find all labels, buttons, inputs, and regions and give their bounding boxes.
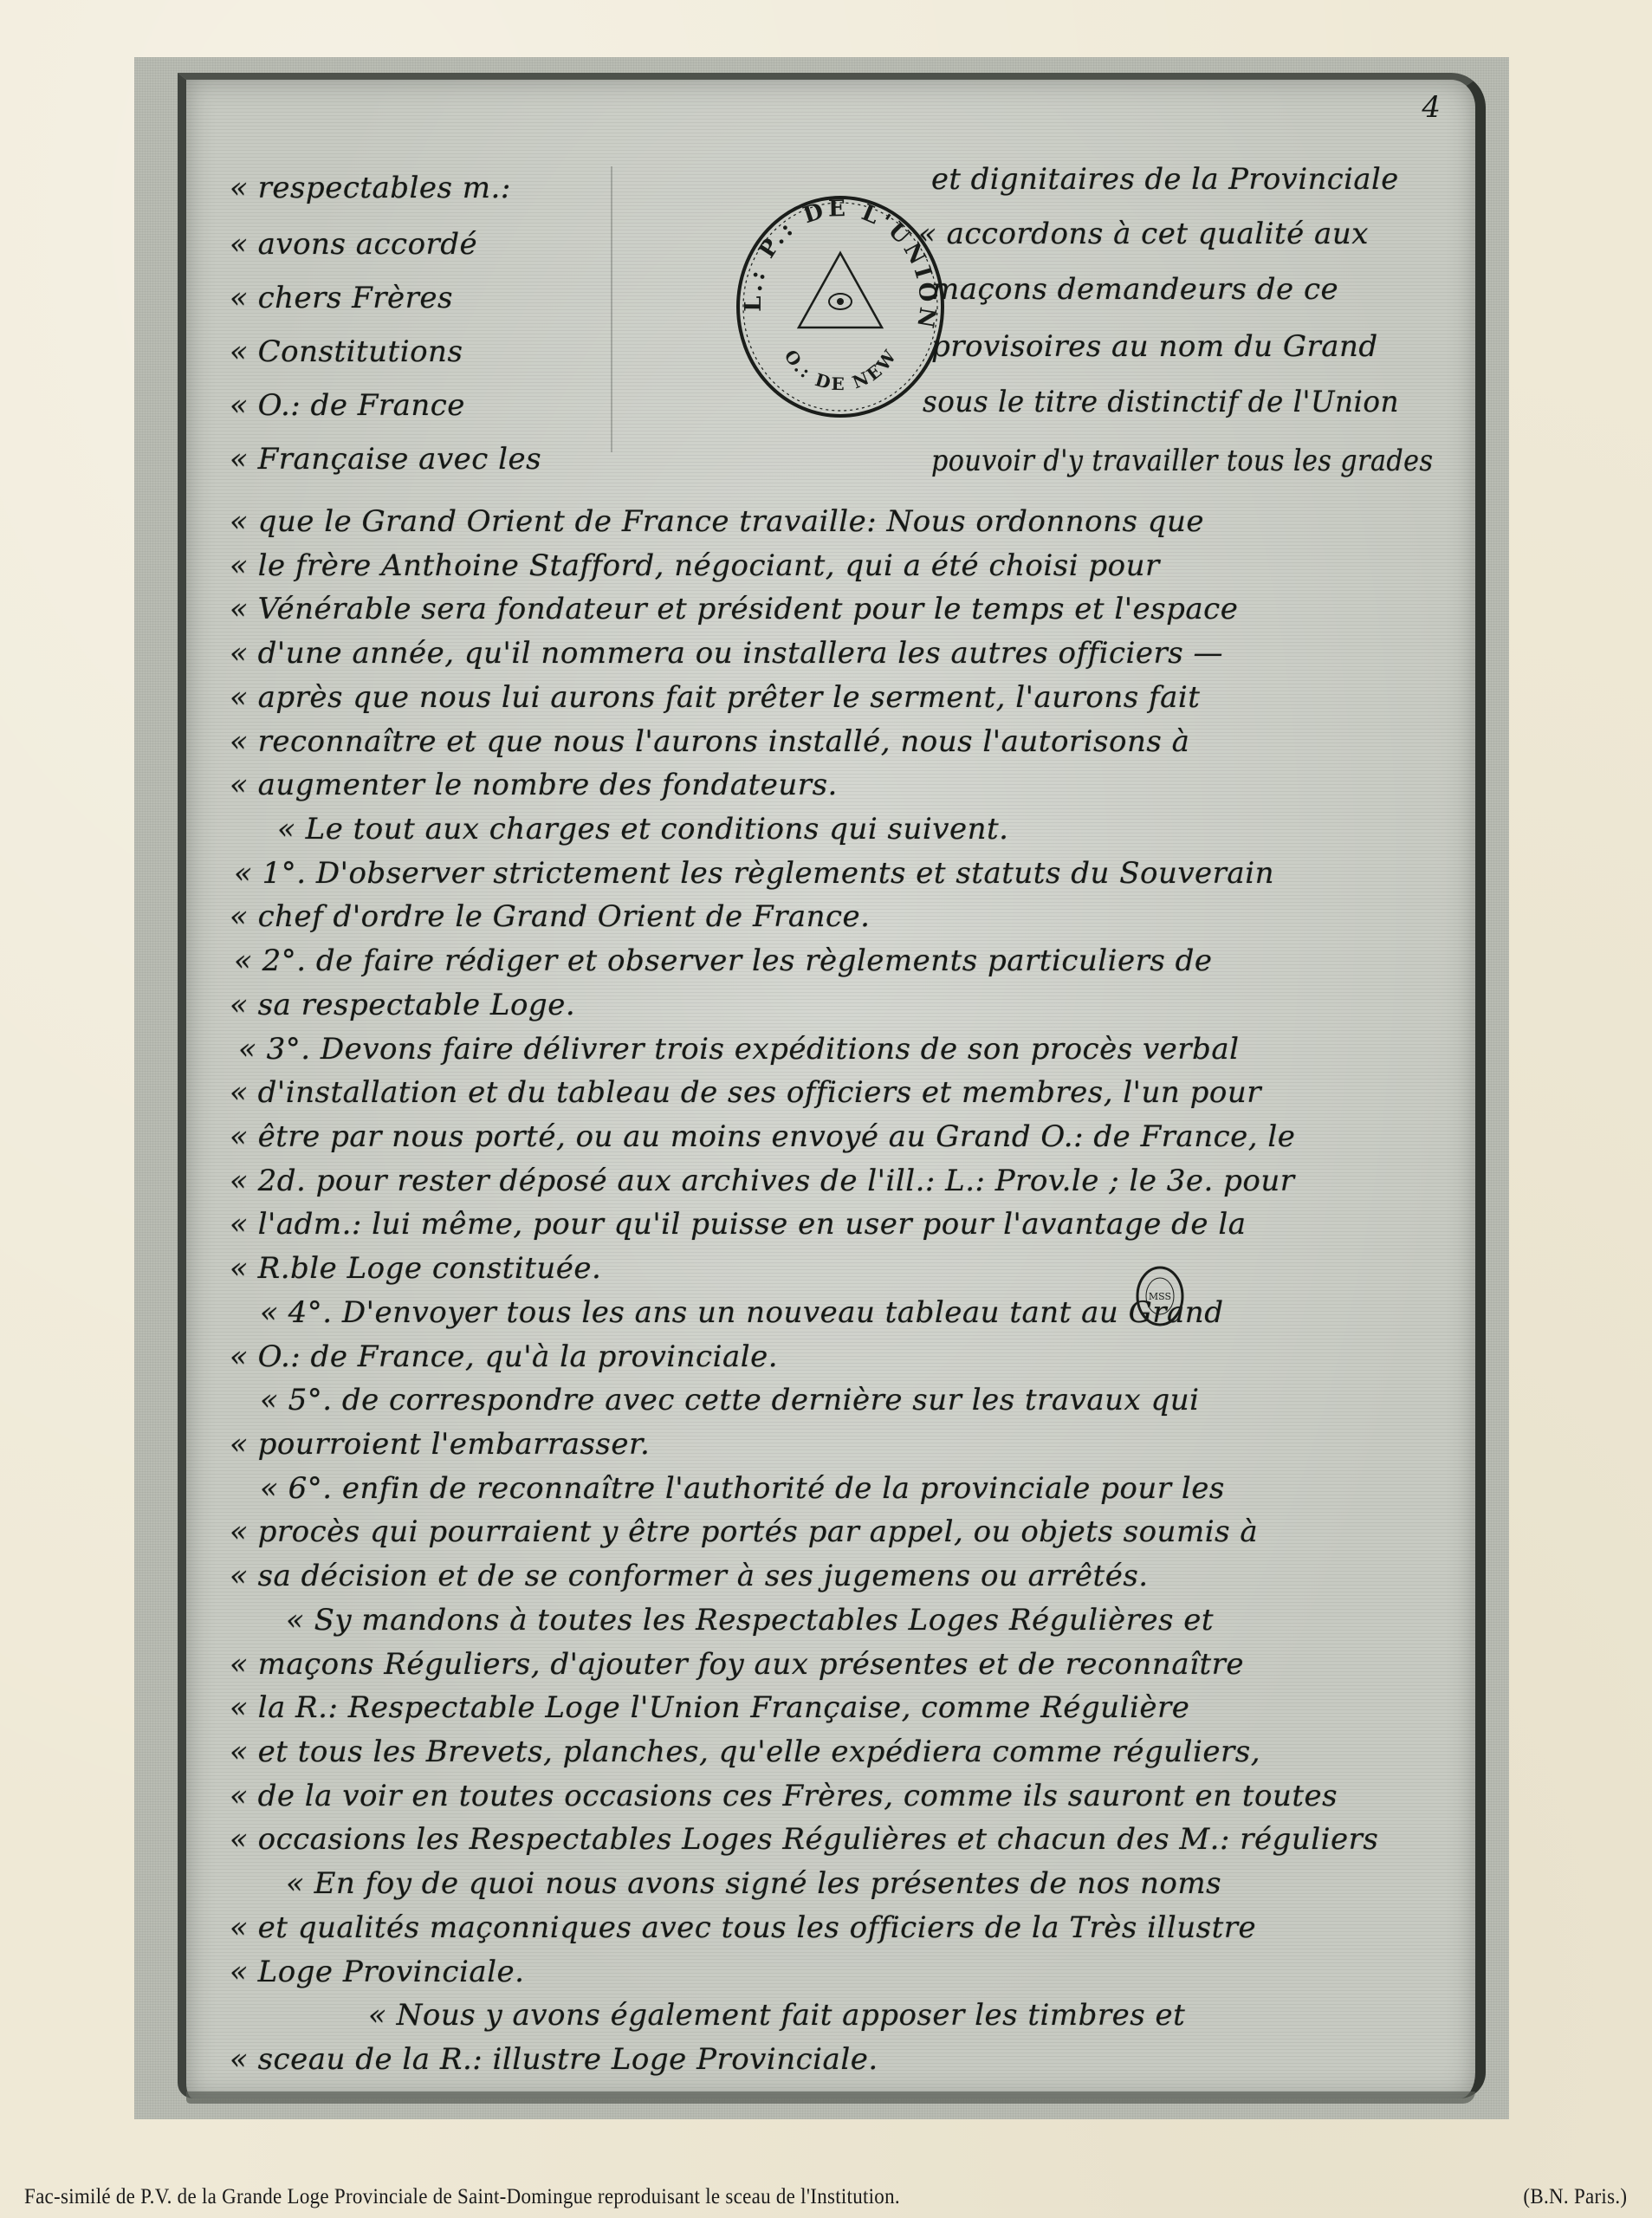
header-left-line: « chers Frères (230, 281, 453, 315)
body-line: « être par nous porté, ou au moins envoy… (230, 1119, 1295, 1154)
body-line: « O.: de France, qu'à la provinciale. (230, 1339, 778, 1374)
header-right-line: « accordons à cet qualité aux (918, 217, 1369, 251)
header-left-line: « respectables m.: (230, 171, 511, 205)
body-line: « chef d'ordre le Grand Orient de France… (230, 899, 870, 934)
article-1-line: « 1°. D'observer strictement les règleme… (234, 856, 1274, 891)
body-line: « après que nous lui aurons fait prêter … (230, 680, 1200, 715)
column-divider (611, 166, 612, 452)
body-line: « sceau de la R.: illustre Loge Provinci… (230, 2042, 878, 2077)
body-line: « sa respectable Loge. (230, 988, 575, 1022)
header-left-line: « Constitutions (230, 334, 463, 369)
triangle-icon (799, 253, 882, 328)
body-line: « d'installation et du tableau de ses of… (230, 1075, 1261, 1110)
body-line: « Le tout aux charges et conditions qui … (277, 812, 1008, 846)
article-4-line: « 4°. D'envoyer tous les ans un nouveau … (260, 1295, 1223, 1330)
body-line: « et tous les Brevets, planches, qu'elle… (230, 1735, 1260, 1769)
body-line: « l'adm.: lui même, pour qu'il puisse en… (230, 1207, 1246, 1242)
header-left-line: « O.: de France (230, 388, 465, 423)
article-2-line: « 2°. de faire rédiger et observer les r… (234, 944, 1213, 978)
header-right-line: et dignitaires de la Provinciale (931, 162, 1399, 197)
body-line: « maçons Réguliers, d'ajouter foy aux pr… (230, 1647, 1244, 1682)
body-line: « 2d. pour rester déposé aux archives de… (230, 1164, 1295, 1198)
body-line: « En foy de quoi nous avons signé les pr… (286, 1866, 1221, 1901)
facsimile-plate: 4 « respectables m.: « avons accordé « c… (134, 57, 1509, 2119)
body-line: « sa décision et de se conformer à ses j… (230, 1559, 1149, 1593)
body-line: « la R.: Respectable Loge l'Union França… (230, 1690, 1189, 1725)
body-line: « Sy mandons à toutes les Respectables L… (286, 1603, 1214, 1638)
svg-text:L.: P.: DE L'UNION FRANÇAISE: L.: P.: DE L'UNION FRANÇAISE (728, 191, 941, 334)
seal-outer-text: L.: P.: DE L'UNION FRANÇAISE (728, 191, 941, 334)
body-line: « R.ble Loge constituée. (230, 1251, 601, 1286)
body-line: « Loge Provinciale. (230, 1955, 524, 1989)
page-number: 4 (1422, 90, 1441, 125)
caption-text: Fac-similé de P.V. de la Grande Loge Pro… (24, 2185, 900, 2209)
body-line: « que le Grand Orient de France travaill… (230, 504, 1204, 539)
figure-caption: Fac-similé de P.V. de la Grande Loge Pro… (24, 2185, 1627, 2215)
body-line: « le frère Anthoine Stafford, négociant,… (230, 548, 1160, 583)
article-5-line: « 5°. de correspondre avec cette dernièr… (260, 1383, 1200, 1417)
body-line: « occasions les Respectables Loges Régul… (230, 1822, 1378, 1857)
header-right-line: provisoires au nom du Grand (931, 329, 1378, 364)
body-line: « reconnaître et que nous l'aurons insta… (230, 724, 1189, 759)
header-left-line: « avons accordé (230, 227, 477, 262)
body-line: « pourroient l'embarrasser. (230, 1427, 650, 1462)
body-line: « de la voir en toutes occasions ces Frè… (230, 1779, 1338, 1813)
caption-credit: (B.N. Paris.) (1523, 2185, 1627, 2209)
library-stamp-text: MSS (1149, 1291, 1171, 1302)
library-stamp-icon: MSS (1135, 1265, 1185, 1327)
manuscript-sheet: 4 « respectables m.: « avons accordé « c… (178, 73, 1486, 2098)
torn-bottom-edge (186, 2092, 1475, 2104)
body-line: « Vénérable sera fondateur et président … (230, 592, 1238, 626)
article-3-line: « 3°. Devons faire délivrer trois expédi… (238, 1032, 1239, 1067)
article-6-line: « 6°. enfin de reconnaître l'authorité d… (260, 1471, 1225, 1506)
header-right-line: pouvoir d'y travailler tous les grades (931, 444, 1433, 478)
body-line: « procès qui pourraient y être portés pa… (230, 1514, 1258, 1549)
body-line: « et qualités maçonniques avec tous les … (230, 1910, 1256, 1945)
body-line: « d'une année, qu'il nommera ou installe… (230, 636, 1223, 671)
header-right-line: sous le titre distinctif de l'Union (923, 385, 1399, 419)
body-line: « Nous y avons également fait apposer le… (368, 1998, 1185, 2033)
header-left-line: « Française avec les (230, 442, 541, 477)
header-right-line: maçons demandeurs de ce (931, 272, 1338, 307)
body-line: « augmenter le nombre des fondateurs. (230, 768, 838, 802)
